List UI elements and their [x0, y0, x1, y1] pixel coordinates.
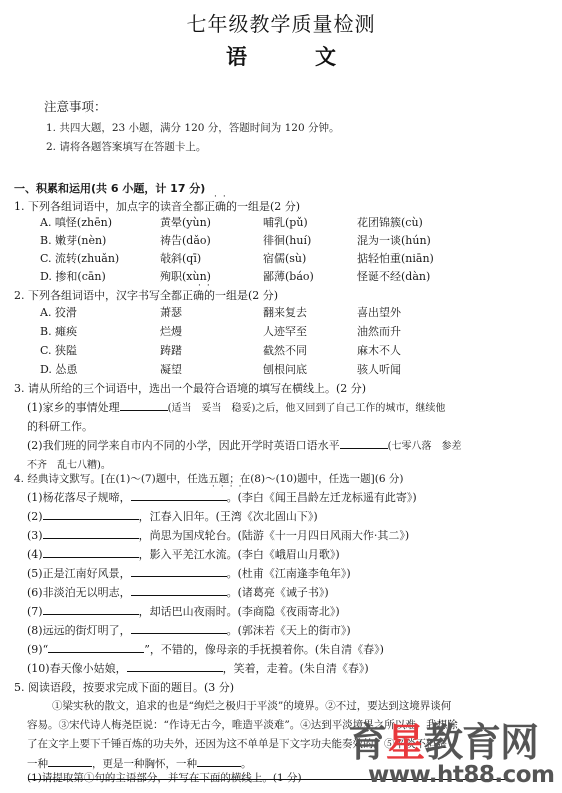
emphasis-dots: ··: [198, 281, 216, 291]
answer-blank[interactable]: [120, 399, 168, 411]
option-d1: D. 怂恿: [40, 361, 77, 377]
option-a3: 哺乳(pǔ): [263, 214, 308, 230]
passage-blank[interactable]: [48, 755, 92, 767]
recite-source: 。(杜甫《江南逢李龟年》): [227, 567, 351, 580]
option-b1: B. 瘫痪: [40, 323, 77, 339]
answer-blank[interactable]: [131, 565, 227, 577]
watermark-text: 教育网: [424, 721, 538, 766]
recite-item-6: (6)非淡泊无以明志，。(诸葛亮《诫子书》): [27, 584, 329, 600]
recite-item-4: (4)，影入平羌江水流。(李白《峨眉山月歌》): [27, 546, 340, 562]
emphasis-dots: ··: [214, 192, 232, 202]
answer-blank[interactable]: [131, 622, 227, 634]
option-d3: 刨根问底: [263, 361, 307, 377]
q3-p1-choices: (适当 妥当 稳妥)之后，他又回到了自己工作的城市，继续他: [168, 403, 446, 414]
option-c1: C. 狭隘: [40, 342, 77, 358]
option-b3: 徘徊(huí): [263, 232, 311, 248]
option-b2: 烂熳: [160, 323, 182, 339]
recite-item-5: (5)正是江南好风景，。(杜甫《江南逢李龟年》): [27, 565, 351, 581]
question-4-stem: 4. 经典诗文默写。[在(1)～(7)题中，任选五题；在(8)～(10)题中，任…: [14, 471, 403, 486]
passage-blank[interactable]: [197, 755, 241, 767]
recite-source: ”，不错的，像母亲的手抚摸着你。(朱自清《春》): [144, 643, 384, 656]
option-a2: 萧瑟: [160, 304, 182, 320]
answer-blank[interactable]: [340, 437, 388, 449]
answer-blank[interactable]: [127, 660, 223, 672]
option-c3: 宿儒(sù): [263, 250, 306, 266]
recite-text: (3): [27, 529, 43, 542]
recite-item-2: (2)，江春入旧年。(王湾《次北固山下》): [27, 508, 318, 524]
note-item: 1. 共四大题，23 小题，满分 120 分，答题时间为 120 分钟。: [46, 120, 340, 135]
watermark-text: 育: [348, 721, 386, 766]
answer-blank[interactable]: [131, 489, 227, 501]
question-3-part2-cont: 不齐 乱七八糟)。: [27, 456, 111, 471]
recite-text: (8)远远的街灯明了，: [27, 624, 131, 637]
exam-title: 七年级教学质量检测: [0, 8, 562, 37]
passage-line: ①梁实秋的散文，追求的也是“绚烂之极归于平淡”的境界。②不过，要达到这境界谈何: [52, 698, 451, 713]
subject-title: 语文: [0, 41, 562, 71]
recite-item-8: (8)远远的街灯明了，。(郭沫若《天上的街市》): [27, 622, 351, 638]
option-b3: 人迹罕至: [263, 323, 307, 339]
option-d4: 怪诞不经(dàn): [357, 268, 430, 284]
recite-text: (9)“: [27, 643, 48, 656]
question-2-stem: 2. 下列各组词语中，汉字书写全都正确的一组是(2 分): [14, 287, 278, 303]
answer-blank[interactable]: [43, 546, 139, 558]
q3-p1-text: (1)家乡的事情处理: [27, 401, 120, 414]
recite-text: (5)正是江南好风景，: [27, 567, 131, 580]
subject-char-2: 文: [315, 41, 336, 71]
question-3-part2: (2)我们班的同学来自市内不同的小学，因此开学时英语口语水平(七零八落 参差: [27, 437, 462, 453]
recite-text: (2): [27, 510, 43, 523]
section-heading: 一、积累和运用(共 6 小题，计 17 分): [14, 180, 205, 196]
note-item: 2. 请将各题答案填写在答题卡上。: [46, 139, 206, 154]
recite-item-10: (10)春天像小姑娘，，笑着，走着。(朱自清《春》): [27, 660, 369, 676]
watermark-logo: 育星教育网: [348, 712, 538, 768]
recite-item-3: (3)，尚思为国戍轮台。(陆游《十一月四日风雨大作·其二》): [27, 527, 409, 543]
recite-item-7: (7)，却话巴山夜雨时。(李商隐《夜雨寄北》): [27, 603, 340, 619]
option-a4: 花团锦簇(cù): [357, 214, 423, 230]
option-a4: 喜出望外: [357, 304, 401, 320]
option-d3: 鄙薄(báo): [263, 268, 314, 284]
option-c1: C. 流转(zhuǎn): [40, 250, 119, 266]
recite-text: (10)春天像小姑娘，: [27, 662, 127, 675]
recite-source: ，江春入旧年。(王湾《次北固山下》): [139, 510, 318, 523]
recite-source: ，却话巴山夜雨时。(李商隐《夜雨寄北》): [139, 605, 340, 618]
recite-source: 。(李白《闻王昌龄左迁龙标遥有此寄》): [227, 491, 417, 504]
q3-p2-choices: (七零八落 参差: [388, 441, 462, 452]
question-3-part1: (1)家乡的事情处理(适当 妥当 稳妥)之后，他又回到了自己工作的城市，继续他: [27, 399, 445, 415]
question-1-stem: 1. 下列各组词语中，加点字的读音全都正确的一组是(2 分): [14, 198, 300, 214]
recite-text: (1)杨花落尽子规啼，: [27, 491, 131, 504]
option-d4: 骇人听闻: [357, 361, 401, 377]
recite-text: (7): [27, 605, 43, 618]
recite-source: ，尚思为国戍轮台。(陆游《十一月四日风雨大作·其二》): [139, 529, 410, 542]
option-a3: 翻来复去: [263, 304, 307, 320]
recite-item-9: (9)“”，不错的，像母亲的手抚摸着你。(朱自清《春》): [27, 641, 384, 657]
question-3-part1-cont: 的科研工作。: [27, 418, 93, 434]
option-a2: 黄晕(yùn): [160, 214, 211, 230]
passage-text: 一种: [27, 758, 48, 770]
recite-item-1: (1)杨花落尽子规啼，。(李白《闻王昌龄左迁龙标遥有此寄》): [27, 489, 417, 505]
question-5-stem: 5. 阅读语段，按要求完成下面的题目。(3 分): [14, 679, 234, 695]
passage-text: ，更是一种胸怀，一种: [92, 758, 197, 770]
answer-blank[interactable]: [48, 641, 144, 653]
option-a1: A. 狡滑: [40, 304, 77, 320]
passage-last-line: 一种，更是一种胸怀，一种。: [27, 755, 252, 771]
q3-p2-text: (2)我们班的同学来自市内不同的小学，因此开学时英语口语水平: [27, 439, 340, 452]
option-b2: 祷告(dǎo): [160, 232, 211, 248]
recite-text: (4): [27, 548, 43, 561]
option-d1: D. 掺和(cān): [40, 268, 106, 284]
recite-source: ，影入平羌江水流。(李白《峨眉山月歌》): [139, 548, 340, 561]
option-a1: A. 嗔怪(zhēn): [40, 214, 112, 230]
recite-text: (6)非淡泊无以明志，: [27, 586, 131, 599]
option-c3: 截然不同: [263, 342, 307, 358]
answer-blank[interactable]: [43, 603, 139, 615]
watermark-accent: 星: [386, 721, 424, 766]
answer-blank[interactable]: [43, 527, 139, 539]
option-b1: B. 嫩芽(nèn): [40, 232, 106, 248]
option-c4: 掂轻怕重(niān): [357, 250, 434, 266]
recite-source: 。(郭沫若《天上的街市》): [227, 624, 351, 637]
option-c2: 敧斜(qī): [160, 250, 201, 266]
option-d2: 凝望: [160, 361, 182, 377]
recite-source: ，笑着，走着。(朱自清《春》): [223, 662, 369, 675]
answer-blank[interactable]: [131, 584, 227, 596]
option-c4: 麻木不人: [357, 342, 401, 358]
passage-text: 。: [241, 758, 252, 770]
notes-heading: 注意事项：: [44, 97, 107, 115]
question-5-sub1: (1)请提取第①句的主语部分，并写在下面的横线上。(1 分): [27, 770, 302, 785]
subject-char-1: 语: [226, 41, 247, 71]
option-c2: 踌躇: [160, 342, 182, 358]
recite-source: 。(诸葛亮《诫子书》): [227, 586, 329, 599]
watermark-url: www.ht88.com: [368, 762, 555, 788]
answer-blank[interactable]: [43, 508, 139, 520]
option-b4: 混为一谈(hún): [357, 232, 431, 248]
option-b4: 油然而升: [357, 323, 401, 339]
question-3-stem: 3. 请从所给的三个词语中，选出一个最符合语境的填写在横线上。(2 分): [14, 380, 366, 396]
